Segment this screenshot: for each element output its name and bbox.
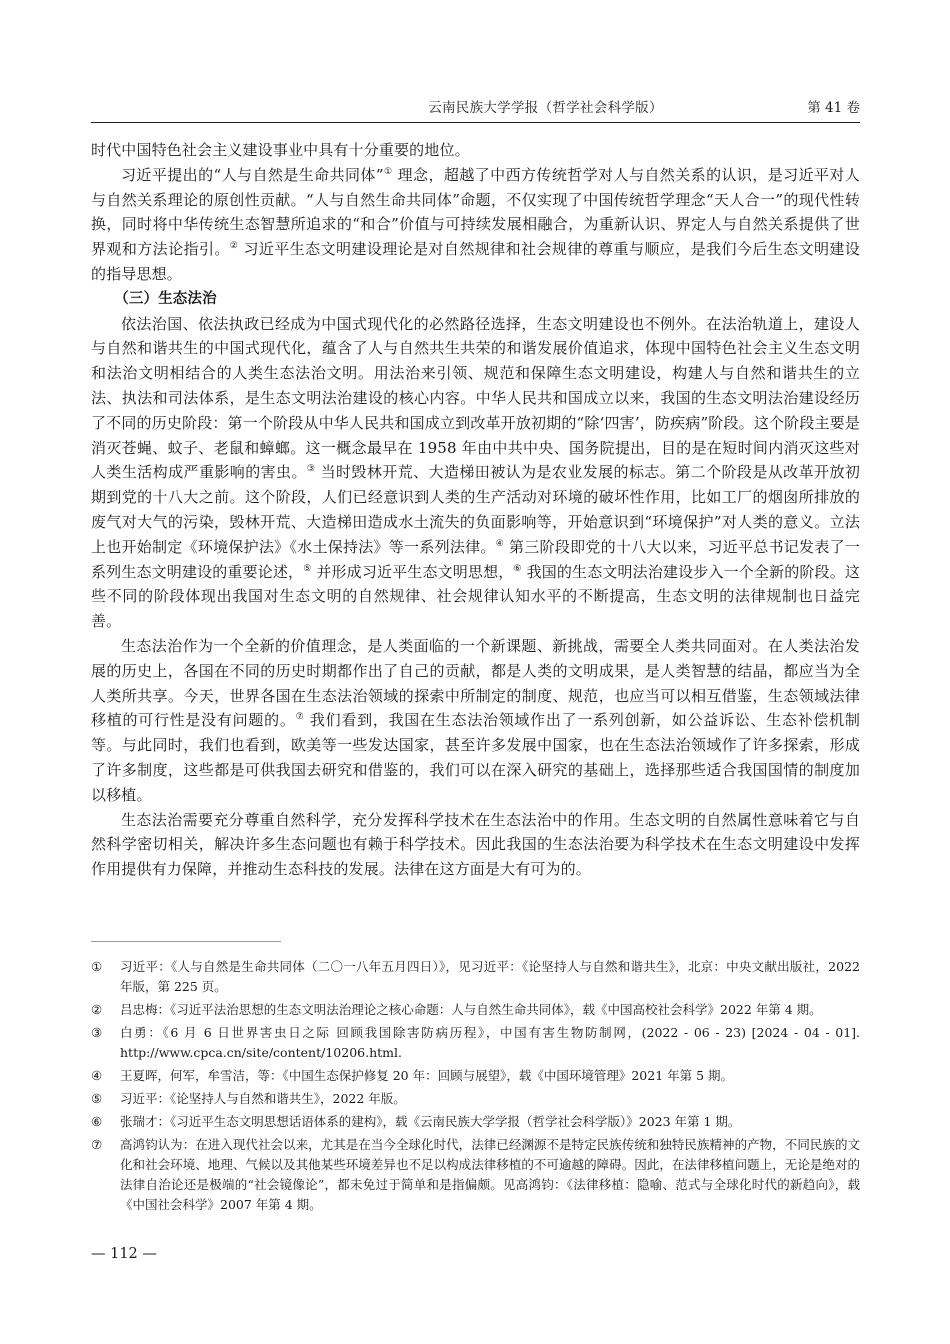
paragraph-science-technology: 生态法治需要充分尊重自然科学，充分发挥科学技术在生态法治中的作用。生态文明的自然… [91, 808, 860, 882]
paragraph-legal-transplant: 生态法治作为一个全新的价值理念，是人类面临的一个新课题、新挑战，需要全人类共同面… [91, 634, 860, 808]
footnote-2: ② 吕忠梅：《习近平法治思想的生态文明法治理论之核心命题：人与自然生命共同体》，… [91, 1000, 860, 1020]
footnote-marker: ⑤ [91, 1089, 102, 1109]
paragraph-continuation: 时代中国特色社会主义建设事业中具有十分重要的地位。 [91, 138, 860, 163]
footnote-text: 王夏晖，何军，牟雪洁，等：《中国生态保护修复 20 年：回顾与展望》，载《中国环… [120, 1068, 733, 1083]
paragraph-life-community: 习近平提出的“人与自然是生命共同体”① 理念，超越了中西方传统哲学对人与自然关系… [91, 163, 860, 287]
footnote-text: 高鸿钧认为：在进入现代社会以来，尤其是在当今全球化时代，法律已经渊源不是特定民族… [120, 1137, 860, 1212]
footnote-text: 习近平：《论坚持人与自然和谐共生》，2022 年版。 [120, 1091, 406, 1106]
footnote-6: ⑥ 张瑞才：《习近平生态文明思想话语体系的建构》，载《云南民族大学学报（哲学社会… [91, 1112, 860, 1132]
footnote-marker: ④ [91, 1066, 102, 1086]
article-body: 时代中国特色社会主义建设事业中具有十分重要的地位。 习近平提出的“人与自然是生命… [91, 138, 860, 882]
volume-label: 第 41 卷 [807, 96, 860, 116]
footnote-ref-4[interactable]: ④ [496, 539, 504, 549]
header-rule [91, 122, 860, 123]
footnote-marker: ⑥ [91, 1112, 102, 1132]
footnote-ref-6[interactable]: ⑥ [513, 564, 521, 574]
footnote-4: ④ 王夏晖，何军，牟雪洁，等：《中国生态保护修复 20 年：回顾与展望》，载《中… [91, 1066, 860, 1086]
footnote-marker: ② [91, 1000, 102, 1020]
footnote-marker: ⑦ [91, 1135, 102, 1155]
journal-title: 云南民族大学学报（哲学社会科学版） [91, 96, 860, 116]
footnote-5: ⑤ 习近平：《论坚持人与自然和谐共生》，2022 年版。 [91, 1089, 860, 1109]
section-heading: （三）生态法治 [91, 287, 860, 312]
footnote-text: 吕忠梅：《习近平法治思想的生态文明法治理论之核心命题：人与自然生命共同体》，载《… [120, 1002, 822, 1017]
running-header: 云南民族大学学报（哲学社会科学版） 第 41 卷 [91, 96, 860, 120]
text-run: 依法治国、依法执政已经成为中国式现代化的必然路径选择，生态文明建设也不例外。在法… [91, 315, 860, 482]
paragraph-ecological-rule-of-law: 依法治国、依法执政已经成为中国式现代化的必然路径选择，生态文明建设也不例外。在法… [91, 312, 860, 634]
footnote-divider [91, 941, 281, 942]
page-number: — 112 — [91, 1246, 157, 1262]
footnote-text: 习近平：《人与自然是生命共同体（二〇一八年五月四日）》，见习近平：《论坚持人与自… [120, 959, 860, 994]
text-run: 并形成习近平生态文明思想， [311, 563, 513, 581]
text-run: 习近平提出的“人与自然是生命共同体” [121, 166, 384, 184]
footnote-1: ① 习近平：《人与自然是生命共同体（二〇一八年五月四日）》，见习近平：《论坚持人… [91, 957, 860, 997]
footnote-marker: ① [91, 957, 102, 977]
footnotes: ① 习近平：《人与自然是生命共同体（二〇一八年五月四日）》，见习近平：《论坚持人… [91, 957, 860, 1218]
footnote-7: ⑦ 高鸿钧认为：在进入现代社会以来，尤其是在当今全球化时代，法律已经渊源不是特定… [91, 1135, 860, 1215]
footnote-3: ③ 白勇：《6 月 6 日世界害虫日之际 回顾我国除害防病历程》，中国有害生物防… [91, 1023, 860, 1063]
footnote-text: 白勇：《6 月 6 日世界害虫日之际 回顾我国除害防病历程》，中国有害生物防制网… [120, 1025, 860, 1060]
footnote-ref-2[interactable]: ② [230, 241, 239, 251]
footnote-marker: ③ [91, 1023, 102, 1043]
footnote-text: 张瑞才：《习近平生态文明思想话语体系的建构》，载《云南民族大学学报（哲学社会科学… [120, 1114, 740, 1129]
